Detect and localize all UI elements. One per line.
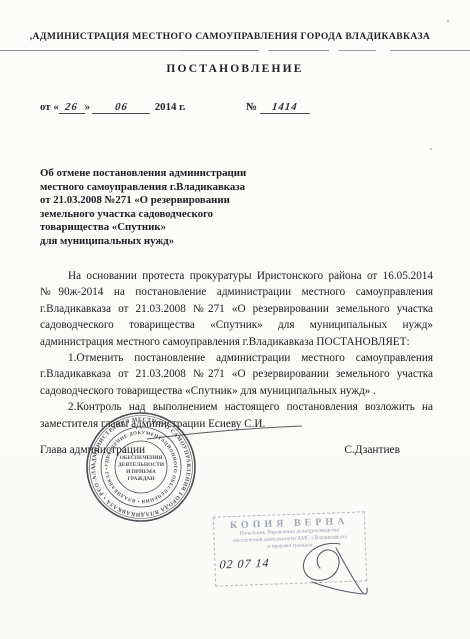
seal-center-line: ДЕЯТЕЛЬНОСТИ (118, 462, 165, 468)
subject-line: Об отмене постановления администрации (40, 167, 320, 181)
handwritten-number: 1414 (260, 102, 310, 114)
document-title: ПОСТАНОВЛЕНИЕ (0, 63, 470, 75)
date-year: 2014 г. (155, 101, 186, 113)
org-header: ,АДМИНИСТРАЦИЯ МЕСТНОГО САМОУПРАВЛЕНИЯ Г… (0, 31, 460, 42)
date-close-quote: » (85, 101, 90, 113)
number-label: № (246, 101, 257, 113)
copy-stamp-handwritten-date: 02 07 14 (219, 556, 270, 573)
body-paragraph: На основании протеста прокуратуры Иристо… (40, 268, 433, 350)
handwritten-month: 06 (92, 102, 150, 114)
seal-center-line: ОБЕСПЕЧЕНИЯ (120, 455, 163, 461)
body-text: На основании протеста прокуратуры Иристо… (40, 268, 433, 432)
scan-speck (430, 148, 432, 150)
handwritten-day: 26 (59, 102, 85, 114)
header-divider (0, 50, 470, 51)
subject-line: от 21.03.2008 №271 «О резервировании (40, 194, 320, 208)
signer-name: С.Дзантиев (344, 444, 400, 456)
subject-line: для муниципальных нужд» (40, 235, 320, 249)
pen-signature-stroke (145, 421, 305, 445)
subject-line: товарищества «Спутник» (40, 221, 320, 235)
number-group: № 1414 (246, 101, 310, 113)
seal-center-line: ГРАЖДАН (127, 476, 155, 482)
resolution-item-1: 1.Отменить постановление администрации м… (40, 350, 433, 399)
date-prefix: от « (40, 101, 59, 113)
date-and-number-row: от «26»06 2014 г. № 1414 (40, 101, 430, 114)
certifier-signature-flourish (288, 530, 378, 602)
subject-line: местного самоуправления г.Владикавказа (40, 181, 320, 195)
seal-center-line: И ПРИЕМА (126, 469, 156, 475)
subject-block: Об отмене постановления администрации ме… (40, 167, 320, 249)
scanned-document-page: ,АДМИНИСТРАЦИЯ МЕСТНОГО САМОУПРАВЛЕНИЯ Г… (0, 0, 470, 639)
scan-speck (447, 20, 449, 22)
subject-line: земельного участка садоводческого (40, 208, 320, 222)
